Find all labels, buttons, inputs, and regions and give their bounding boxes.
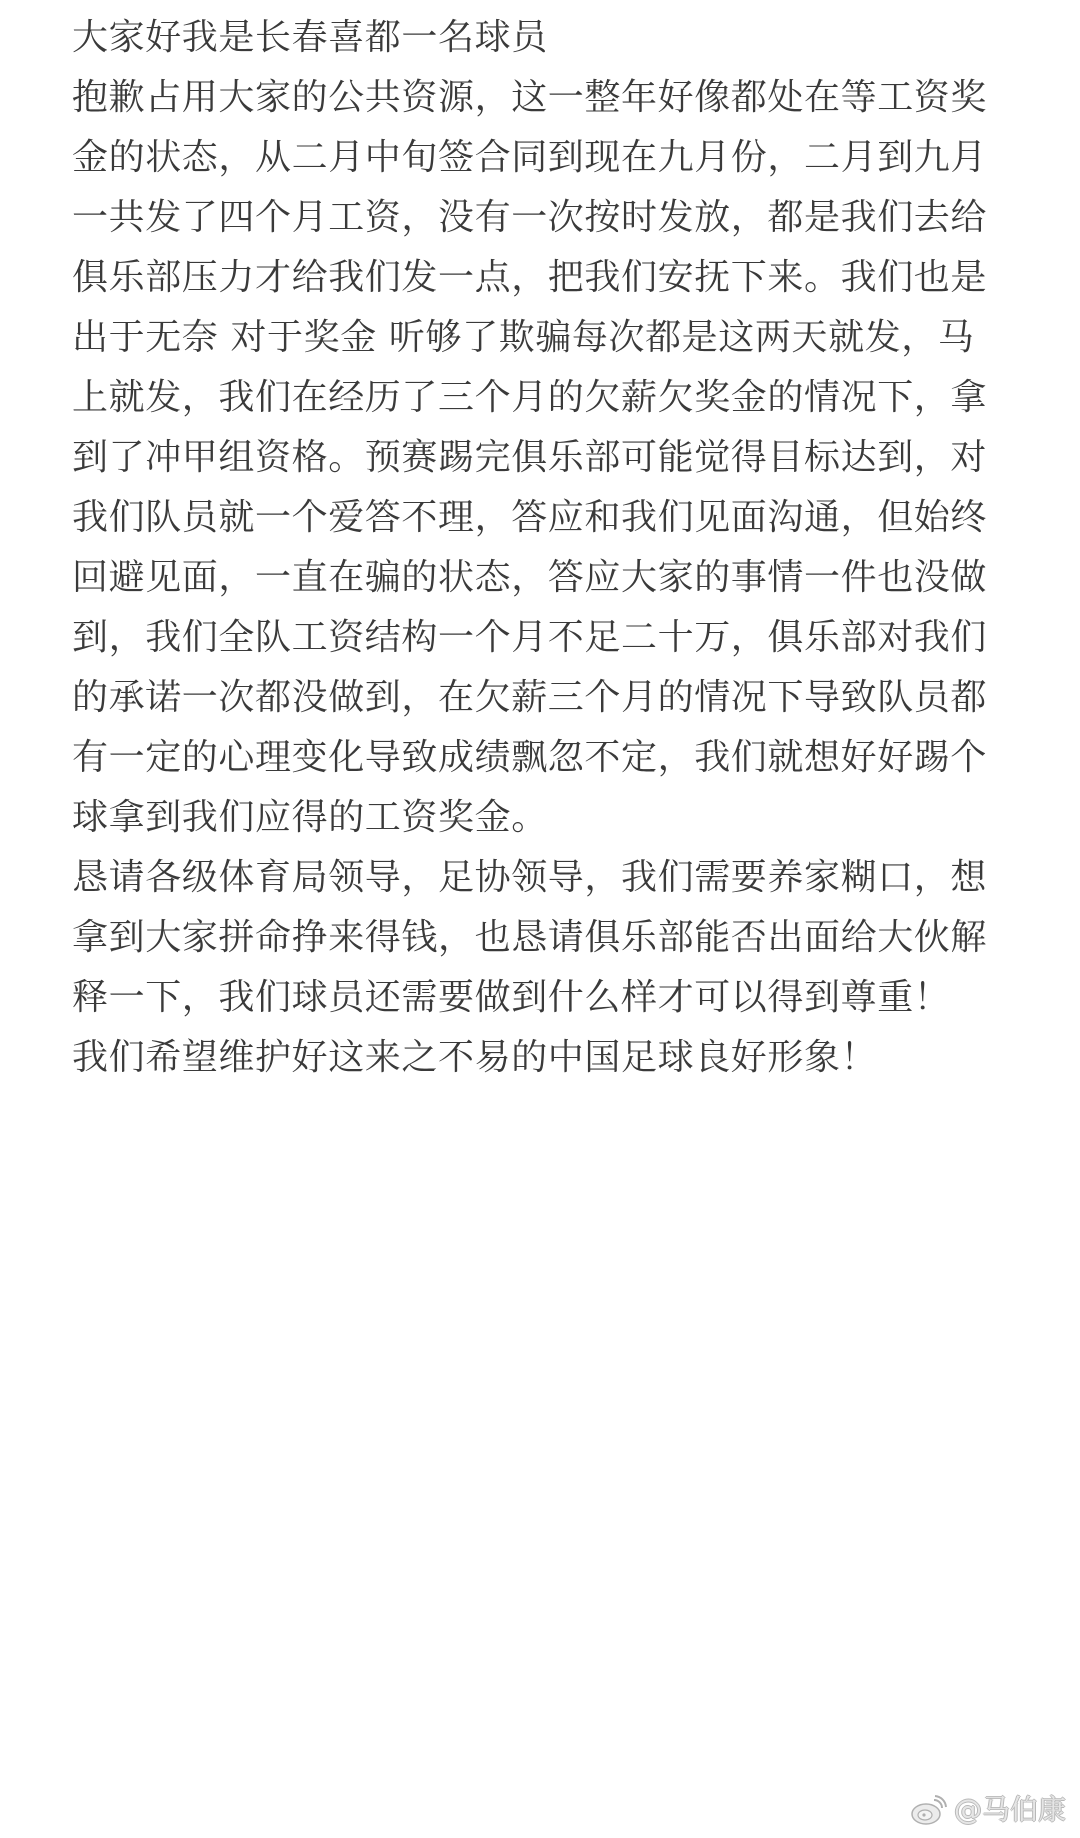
letter-title: 大家好我是长春喜都一名球员 xyxy=(72,8,1012,68)
text-line: 出于无奈 对于奖金 听够了欺骗每次都是这两天就发，马 xyxy=(72,308,1012,368)
text-line: 一共发了四个月工资，没有一次按时发放，都是我们去给 xyxy=(72,188,1012,248)
text-line: 抱歉占用大家的公共资源，这一整年好像都处在等工资奖 xyxy=(72,68,1012,128)
text-line: 上就发，我们在经历了三个月的欠薪欠奖金的情况下，拿 xyxy=(72,368,1012,428)
text-line: 到，我们全队工资结构一个月不足二十万，俱乐部对我们 xyxy=(72,608,1012,668)
text-line: 恳请各级体育局领导，足协领导，我们需要养家糊口，想 xyxy=(72,848,1012,908)
text-line: 到了冲甲组资格。预赛踢完俱乐部可能觉得目标达到，对 xyxy=(72,428,1012,488)
text-line: 金的状态，从二月中旬签合同到现在九月份，二月到九月 xyxy=(72,128,1012,188)
weibo-icon xyxy=(910,1794,948,1826)
watermark-handle: @马伯康 xyxy=(954,1794,1066,1826)
text-line: 球拿到我们应得的工资奖金。 xyxy=(72,788,1012,848)
text-line: 我们希望维护好这来之不易的中国足球良好形象！ xyxy=(72,1028,1012,1088)
letter-document: 大家好我是长春喜都一名球员 抱歉占用大家的公共资源，这一整年好像都处在等工资奖 … xyxy=(72,8,1012,1088)
text-line: 俱乐部压力才给我们发一点，把我们安抚下来。我们也是 xyxy=(72,248,1012,308)
weibo-watermark: @马伯康 xyxy=(910,1794,1066,1826)
text-line: 的承诺一次都没做到，在欠薪三个月的情况下导致队员都 xyxy=(72,668,1012,728)
text-line: 拿到大家拼命挣来得钱，也恳请俱乐部能否出面给大伙解 xyxy=(72,908,1012,968)
text-line: 释一下，我们球员还需要做到什么样才可以得到尊重！ xyxy=(72,968,1012,1028)
text-line: 有一定的心理变化导致成绩飘忽不定，我们就想好好踢个 xyxy=(72,728,1012,788)
text-line: 我们队员就一个爱答不理，答应和我们见面沟通，但始终 xyxy=(72,488,1012,548)
text-line: 回避见面，一直在骗的状态，答应大家的事情一件也没做 xyxy=(72,548,1012,608)
